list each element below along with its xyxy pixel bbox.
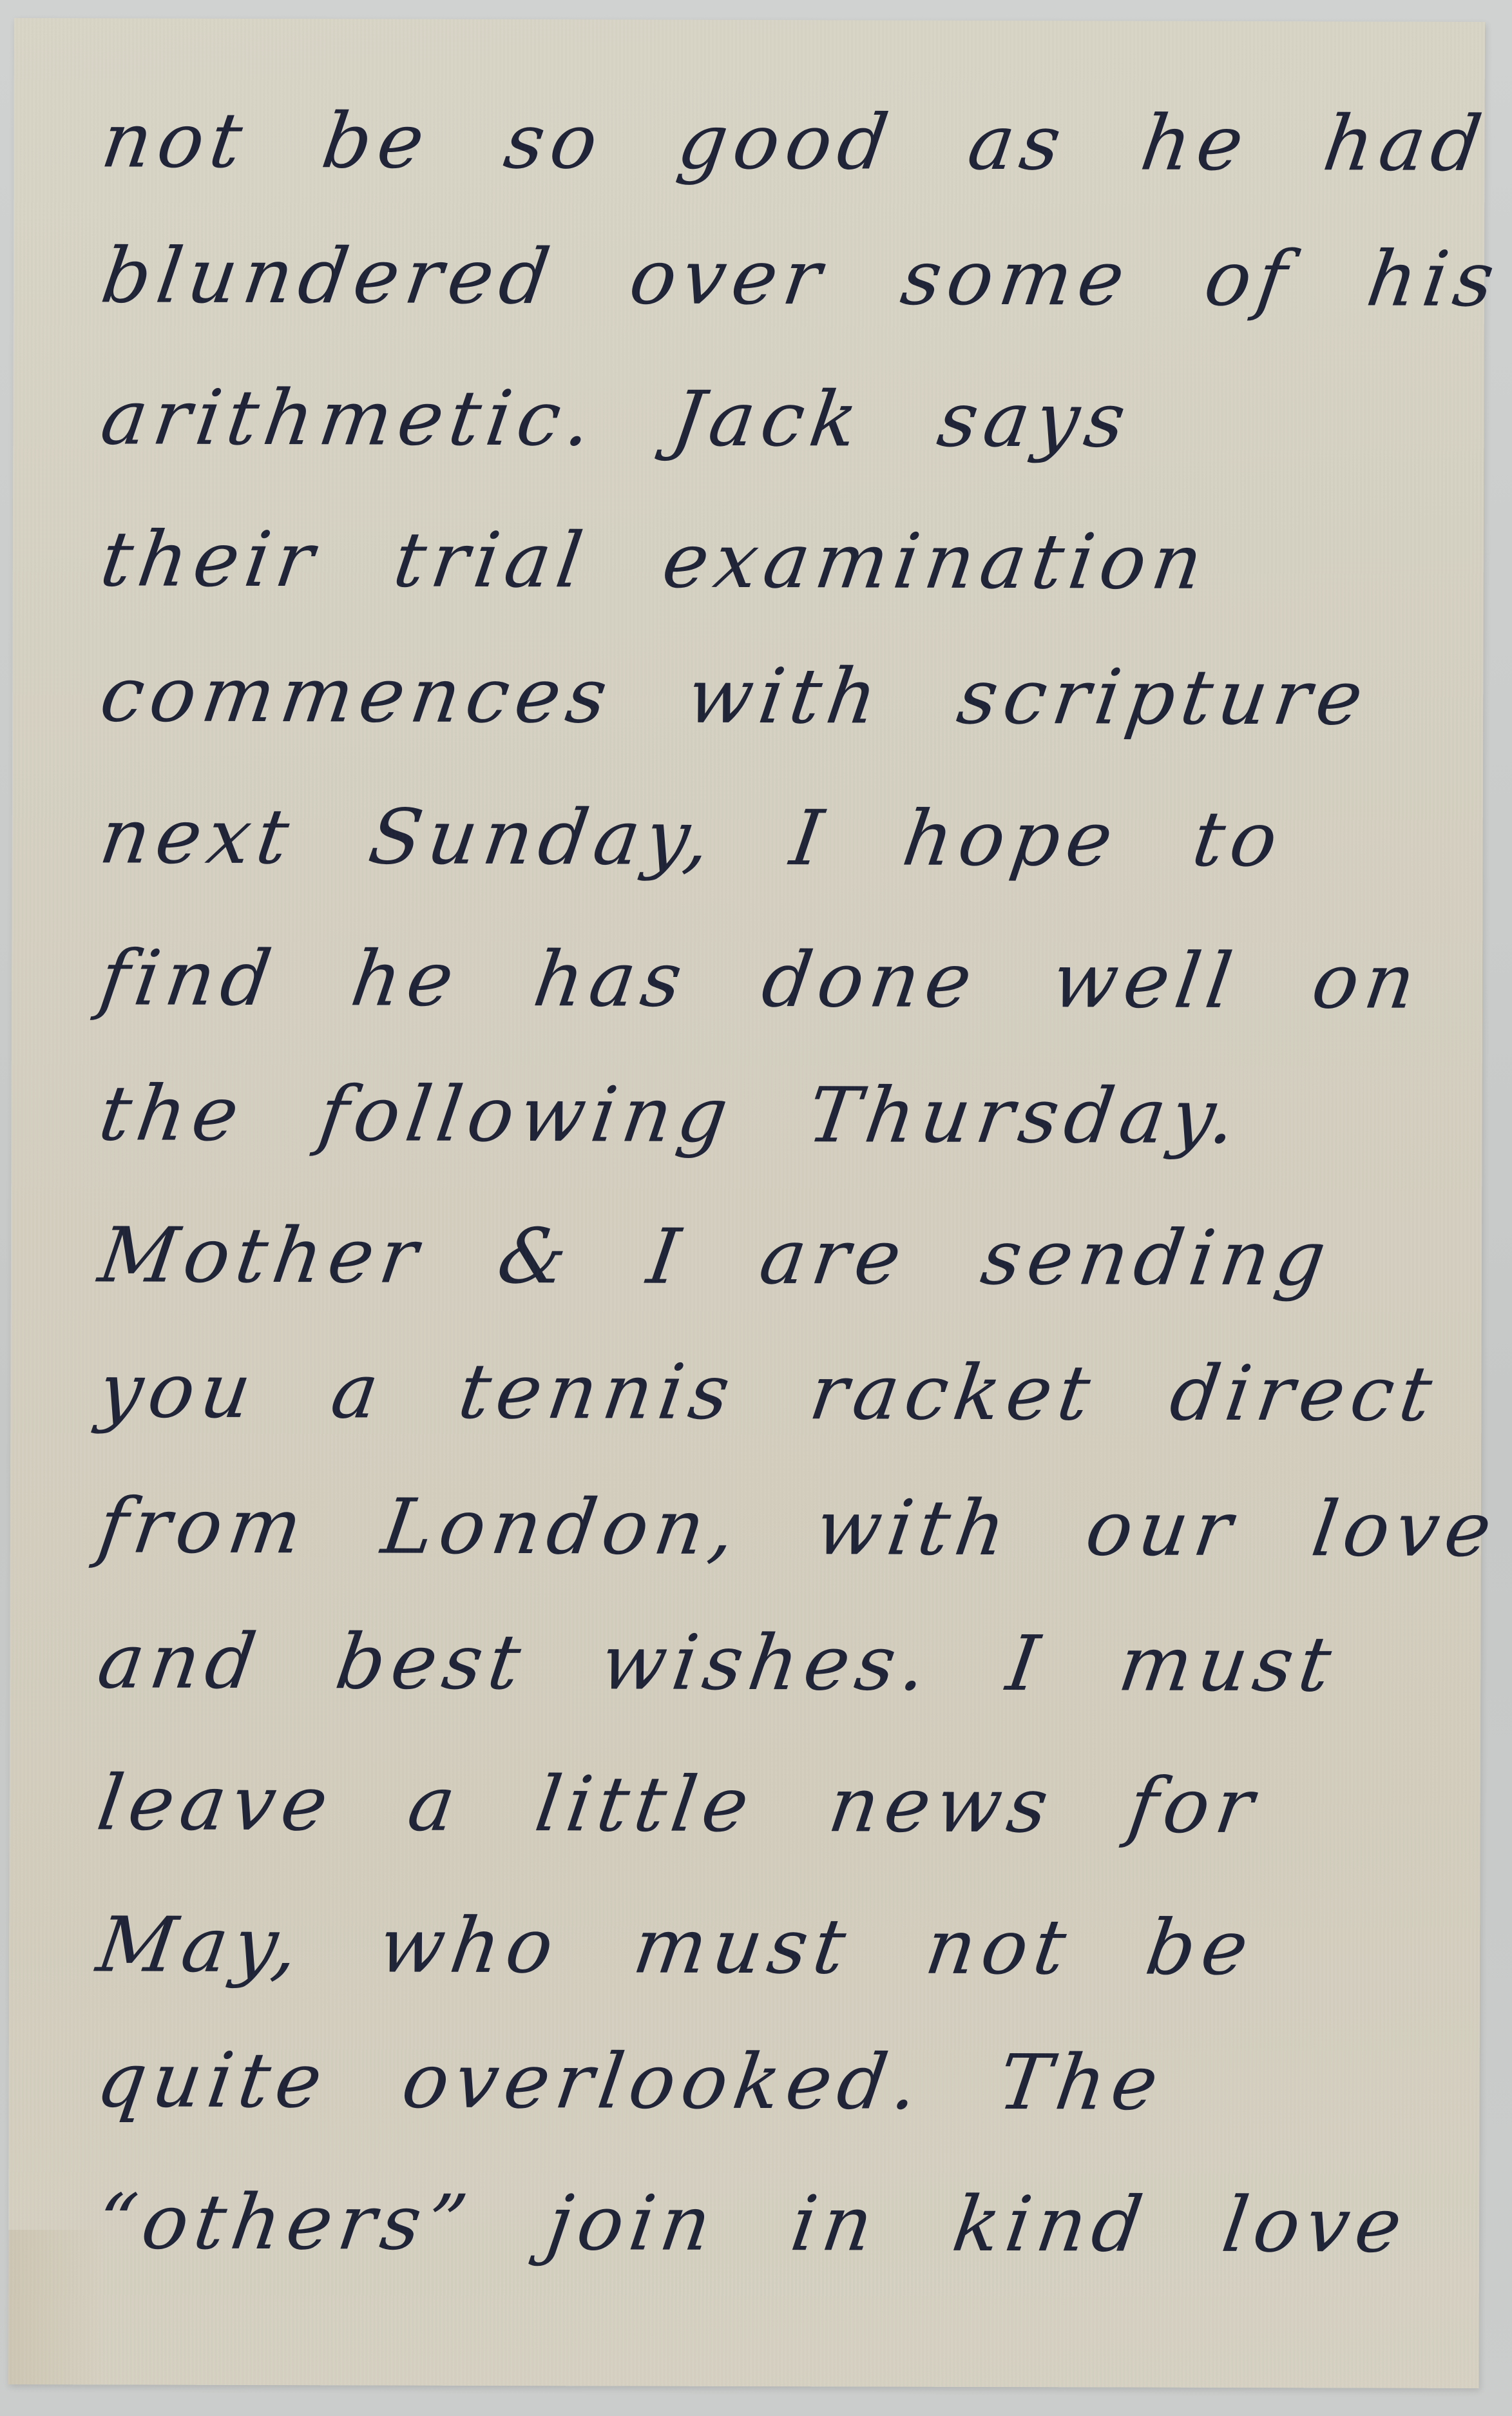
letter-line: find he has done well on xyxy=(95,940,1426,1019)
letter-line: commences with scripture xyxy=(96,656,1373,735)
letter-line: the following Thursday. xyxy=(95,1075,1247,1154)
letter-page: not be so good as he had blundered over … xyxy=(8,18,1485,2388)
paper-stain xyxy=(8,2230,105,2384)
letter-line: May, who must not be xyxy=(93,1906,1259,1986)
letter-line: and best wishes. I must xyxy=(93,1623,1342,1702)
letter-line: next Sunday, I hope to xyxy=(96,798,1288,877)
letter-line: not be so good as he had xyxy=(97,102,1492,182)
letter-line: quite overlooked. The xyxy=(92,2042,1169,2120)
letter-line: their trial examination xyxy=(97,521,1214,599)
letter-line: leave a little news for xyxy=(93,1764,1265,1844)
letter-line: arithmetic. Jack says xyxy=(97,379,1136,458)
letter-line: you a tennis racket direct xyxy=(94,1352,1442,1431)
letter-line: blundered over some of his xyxy=(97,237,1506,317)
handwritten-text-block: not be so good as he had blundered over … xyxy=(98,63,1446,66)
letter-line: from London, with our love xyxy=(94,1487,1502,1567)
letter-line: “others” join in kind love xyxy=(92,2183,1413,2263)
letter-line: Mother & I are sending xyxy=(95,1217,1337,1296)
